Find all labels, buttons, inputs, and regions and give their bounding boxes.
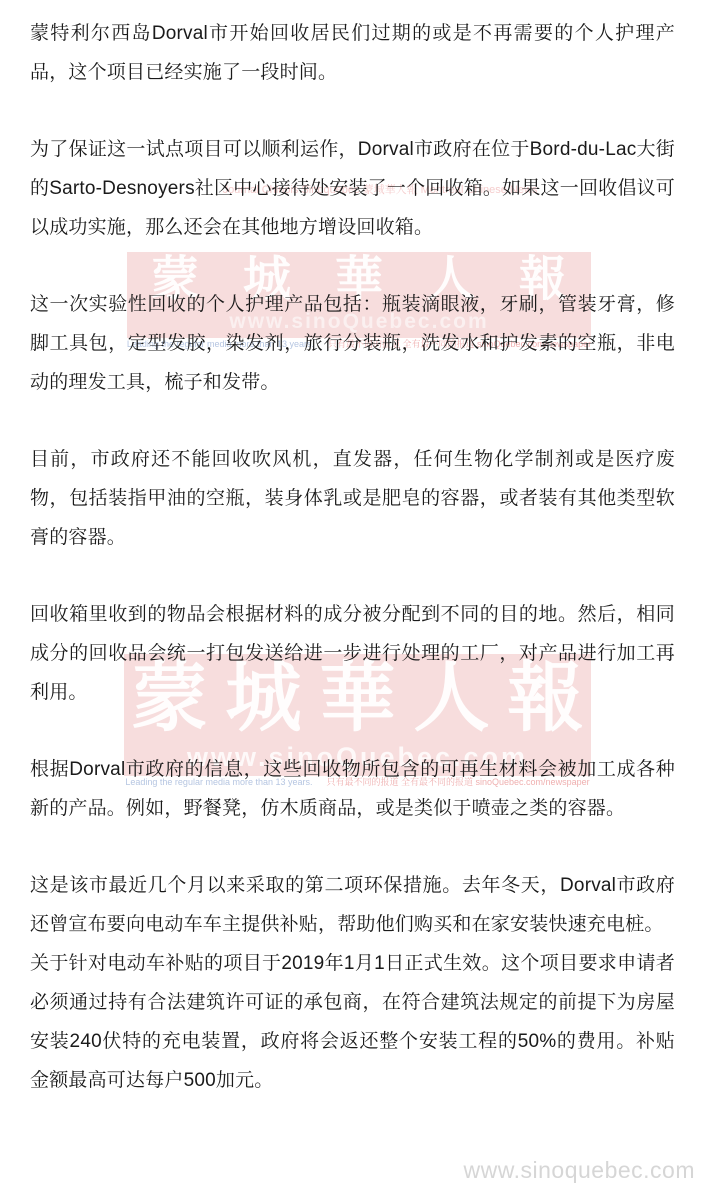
article-page: { "article": { "paragraphs": [ "蒙特利尔西岛Do… — [0, 0, 705, 1188]
paragraph-1: 蒙特利尔西岛Dorval市开始回收居民们过期的或是不再需要的个人护理产品，这个项… — [30, 14, 675, 92]
paragraph-2: 为了保证这一试点项目可以顺利运作，Dorval市政府在位于Bord-du-Lac… — [30, 130, 675, 247]
paragraph-5: 回收箱里收到的物品会根据材料的成分被分配到不同的目的地。然后，相同成分的回收品会… — [30, 595, 675, 712]
paragraph-3: 这一次实验性回收的个人护理产品包括：瓶装滴眼液，牙刷，管装牙膏，修脚工具包，定型… — [30, 285, 675, 402]
paragraph-7: 这是该市最近几个月以来采取的第二项环保措施。去年冬天，Dorval市政府还曾宣布… — [30, 866, 675, 944]
footer-site-url: www.sinoquebec.com — [464, 1156, 695, 1184]
article-body: 蒙特利尔西岛Dorval市开始回收居民们过期的或是不再需要的个人护理产品，这个项… — [0, 0, 705, 1100]
paragraph-4: 目前，市政府还不能回收吹风机，直发器，任何生物化学制剂或是医疗废物，包括装指甲油… — [30, 440, 675, 557]
paragraph-6: 根据Dorval市政府的信息，这些回收物所包含的可再生材料会被加工成各种新的产品… — [30, 750, 675, 828]
paragraph-8: 关于针对电动车补贴的项目于2019年1月1日正式生效。这个项目要求申请者必须通过… — [30, 944, 675, 1100]
